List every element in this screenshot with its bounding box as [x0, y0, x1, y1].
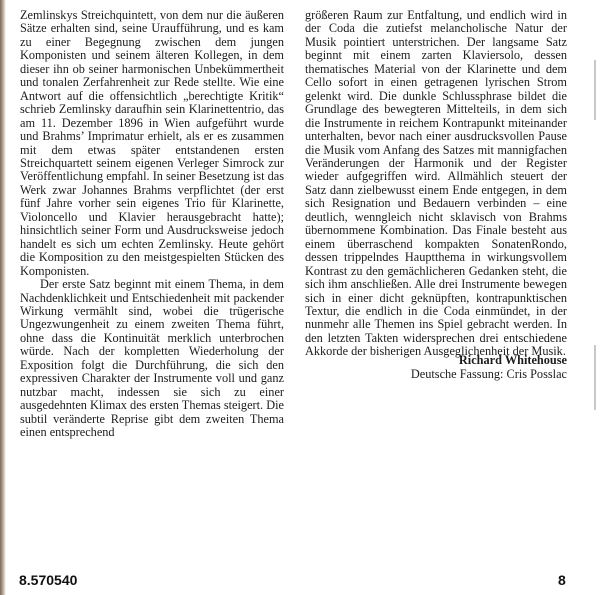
- author-name: Richard Whitehouse: [305, 353, 567, 367]
- paragraph: Der erste Satz beginnt mit einem Thema, …: [20, 278, 284, 439]
- right-text-column: größeren Raum zur Entfaltung, und endlic…: [305, 9, 567, 359]
- page-number: 8: [558, 572, 566, 588]
- page-binding-edge: [0, 0, 6, 595]
- translation-credit: Deutsche Fassung: Cris Posslac: [305, 367, 567, 381]
- catalog-number: 8.570540: [19, 572, 77, 588]
- scan-edge-mark: [594, 60, 596, 120]
- paragraph: größeren Raum zur Entfaltung, und endlic…: [305, 9, 567, 359]
- left-text-column: Zemlinskys Streichquintett, von dem nur …: [20, 9, 284, 440]
- paragraph: Zemlinskys Streichquintett, von dem nur …: [20, 9, 284, 278]
- signature-block: Richard Whitehouse Deutsche Fassung: Cri…: [305, 353, 567, 381]
- scan-edge-mark: [594, 345, 596, 410]
